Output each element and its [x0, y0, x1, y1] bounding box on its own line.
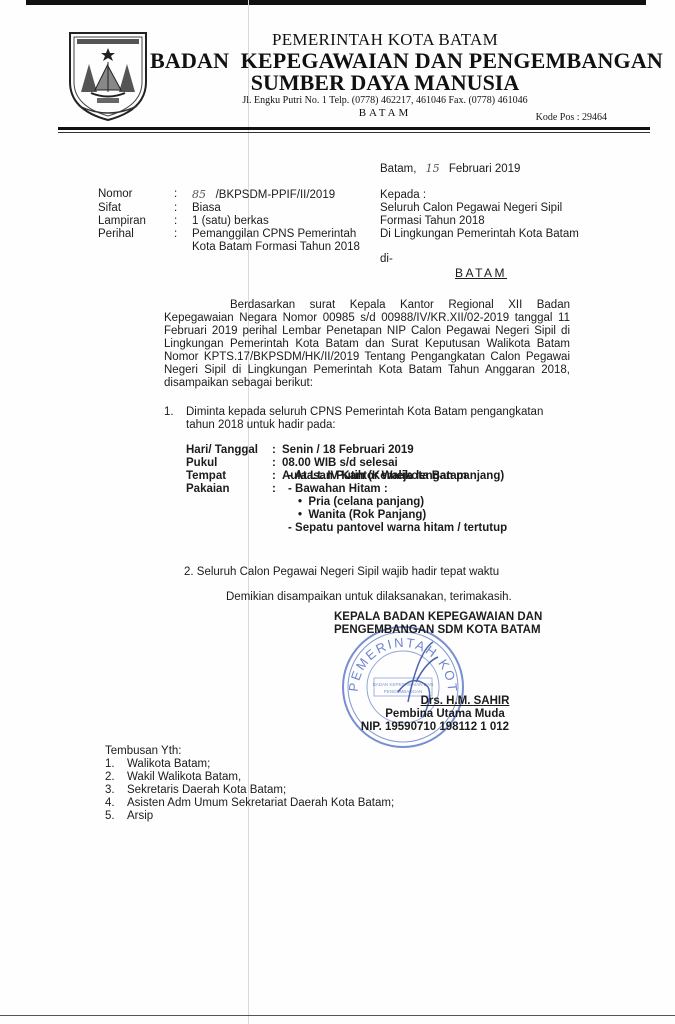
addressee-block: Batam, 15 Februari 2019 Kepada : Seluruh…: [380, 162, 579, 280]
schedule-row: Hari/ Tanggal:Senin / 18 Februari 2019: [186, 444, 467, 457]
dress-bottom-item-text: Pria (celana panjang): [308, 496, 424, 508]
meta-label: Perihal: [98, 228, 174, 241]
dress-bottom-item: • Pria (celana panjang): [288, 496, 507, 509]
body-paragraph: Berdasarkan surat Kepala Kantor Regional…: [164, 299, 570, 390]
cc-item: 2.Wakil Walikota Batam,: [105, 771, 394, 784]
list-item-1: 1.Diminta kepada seluruh CPNS Pemerintah…: [164, 406, 574, 432]
schedule-colon: :: [272, 470, 282, 483]
date-day-handwritten: 15: [426, 162, 440, 175]
addressee-line: Formasi Tahun 2018: [380, 215, 579, 228]
closing-sentence: Demikian disampaikan untuk dilaksanakan,…: [226, 591, 512, 604]
meta-label: [98, 241, 174, 254]
dress-top: - Atasan Putih (Kemeja lengan panjang): [288, 470, 507, 483]
dress-bottom-item: • Wanita (Rok Panjang): [288, 509, 507, 522]
cc-text: Sekretaris Daerah Kota Batam;: [127, 784, 286, 797]
scan-top-edge: [26, 0, 646, 5]
list-item-text: Diminta kepada seluruh CPNS Pemerintah K…: [186, 406, 543, 418]
dress-bottom: - Bawahan Hitam :: [288, 483, 507, 496]
signatory-title-line: KEPALA BADAN KEPEGAWAIAN DAN: [334, 611, 542, 624]
svg-text:PENGEMBANGAN: PENGEMBANGAN: [384, 689, 423, 694]
meta-colon: :: [174, 228, 192, 241]
letterhead-postal-code: Kode Pos : 29464: [536, 112, 607, 123]
addressee-line: Seluruh Calon Pegawai Negeri Sipil: [380, 202, 579, 215]
signatory-block: Drs. H.M. SAHIR Pembina Utama Muda NIP. …: [360, 695, 530, 734]
meta-colon: :: [174, 202, 192, 215]
schedule-colon: :: [272, 483, 282, 496]
cc-num: 5.: [105, 810, 127, 823]
meta-label: Lampiran: [98, 215, 174, 228]
body-paragraph-text: Berdasarkan surat Kepala Kantor Regional…: [164, 299, 570, 390]
letter-date: Batam, 15 Februari 2019: [380, 162, 579, 176]
scanned-letter-page: PEMERINTAH KOTA BATAM BADAN KEPEGAWAIAN …: [0, 0, 675, 1024]
cc-text: Asisten Adm Umum Sekretariat Daerah Kota…: [127, 797, 394, 810]
cc-item: 3.Sekretaris Daerah Kota Batam;: [105, 784, 394, 797]
cc-num: 1.: [105, 758, 127, 771]
cc-item: 1.Walikota Batam;: [105, 758, 394, 771]
cc-item: 4.Asisten Adm Umum Sekretariat Daerah Ko…: [105, 797, 394, 810]
date-month-year: Februari 2019: [449, 163, 521, 175]
cc-num: 4.: [105, 797, 127, 810]
schedule-label: Tempat: [186, 470, 272, 483]
cc-text: Walikota Batam;: [127, 758, 210, 771]
schedule-row: Pukul:08.00 WIB s/d selesai: [186, 457, 467, 470]
signatory-nip: NIP. 19590710 198112 1 012: [340, 721, 530, 734]
handwritten-number: 85: [192, 188, 206, 201]
schedule-value: 08.00 WIB s/d selesai: [282, 457, 398, 470]
cc-heading: Tembusan Yth:: [105, 745, 394, 758]
list-item-2: 2. Seluruh Calon Pegawai Negeri Sipil wa…: [184, 566, 499, 579]
letter-number: /BKPSDM-PPIF/II/2019: [216, 189, 336, 201]
cc-text: Wakil Walikota Batam,: [127, 771, 241, 784]
cc-item: 5.Arsip: [105, 810, 394, 823]
letterhead-government: PEMERINTAH KOTA BATAM: [150, 30, 620, 50]
schedule-label: Pukul: [186, 457, 272, 470]
list-item-text-cont: tahun 2018 untuk hadir pada:: [186, 419, 574, 432]
signatory-name: Drs. H.M. SAHIR: [400, 695, 530, 708]
meta-label: Nomor: [98, 188, 174, 202]
letterhead-divider: [58, 127, 650, 130]
dress-shoes: - Sepatu pantovel warna hitam / tertutup: [288, 522, 507, 535]
letterhead-divider-thin: [58, 132, 650, 133]
signatory-title: KEPALA BADAN KEPEGAWAIAN DAN PENGEMBANGA…: [334, 611, 542, 637]
carbon-copy-list: Tembusan Yth: 1.Walikota Batam; 2.Wakil …: [105, 745, 394, 823]
addressee-di: di-: [380, 253, 579, 266]
cc-num: 3.: [105, 784, 127, 797]
list-number: 1.: [164, 406, 186, 419]
scan-bottom-edge: [0, 1015, 675, 1016]
addressee-city: BATAM: [455, 267, 579, 280]
date-place: Batam,: [380, 163, 416, 175]
addressee-kepada: Kepada :: [380, 189, 579, 202]
signatory-rank: Pembina Utama Muda: [360, 708, 530, 721]
meta-colon-empty: [174, 241, 192, 254]
cc-num: 2.: [105, 771, 127, 784]
schedule-label: Pakaian: [186, 483, 272, 496]
schedule-colon: :: [272, 444, 282, 457]
addressee-line: Di Lingkungan Pemerintah Kota Batam: [380, 228, 579, 241]
cc-text: Arsip: [127, 810, 153, 823]
meta-label: Sifat: [98, 202, 174, 215]
dress-bottom-item-text: Wanita (Rok Panjang): [308, 509, 426, 521]
schedule-label: Hari/ Tanggal: [186, 444, 272, 457]
batam-coat-of-arms-icon: [67, 30, 149, 122]
meta-colon: :: [174, 215, 192, 228]
letterhead-address: Jl. Engku Putri No. 1 Telp. (0778) 46221…: [150, 95, 620, 106]
dress-code-list: - Atasan Putih (Kemeja lengan panjang) -…: [288, 483, 507, 535]
schedule-value: Senin / 18 Februari 2019: [282, 444, 414, 457]
letterhead-agency-line2: SUMBER DAYA MANUSIA: [150, 70, 620, 96]
signatory-title-line: PENGEMBANGAN SDM KOTA BATAM: [334, 624, 542, 637]
scan-fold-line: [248, 0, 249, 1024]
schedule-colon: :: [272, 457, 282, 470]
meta-colon: :: [174, 188, 192, 202]
